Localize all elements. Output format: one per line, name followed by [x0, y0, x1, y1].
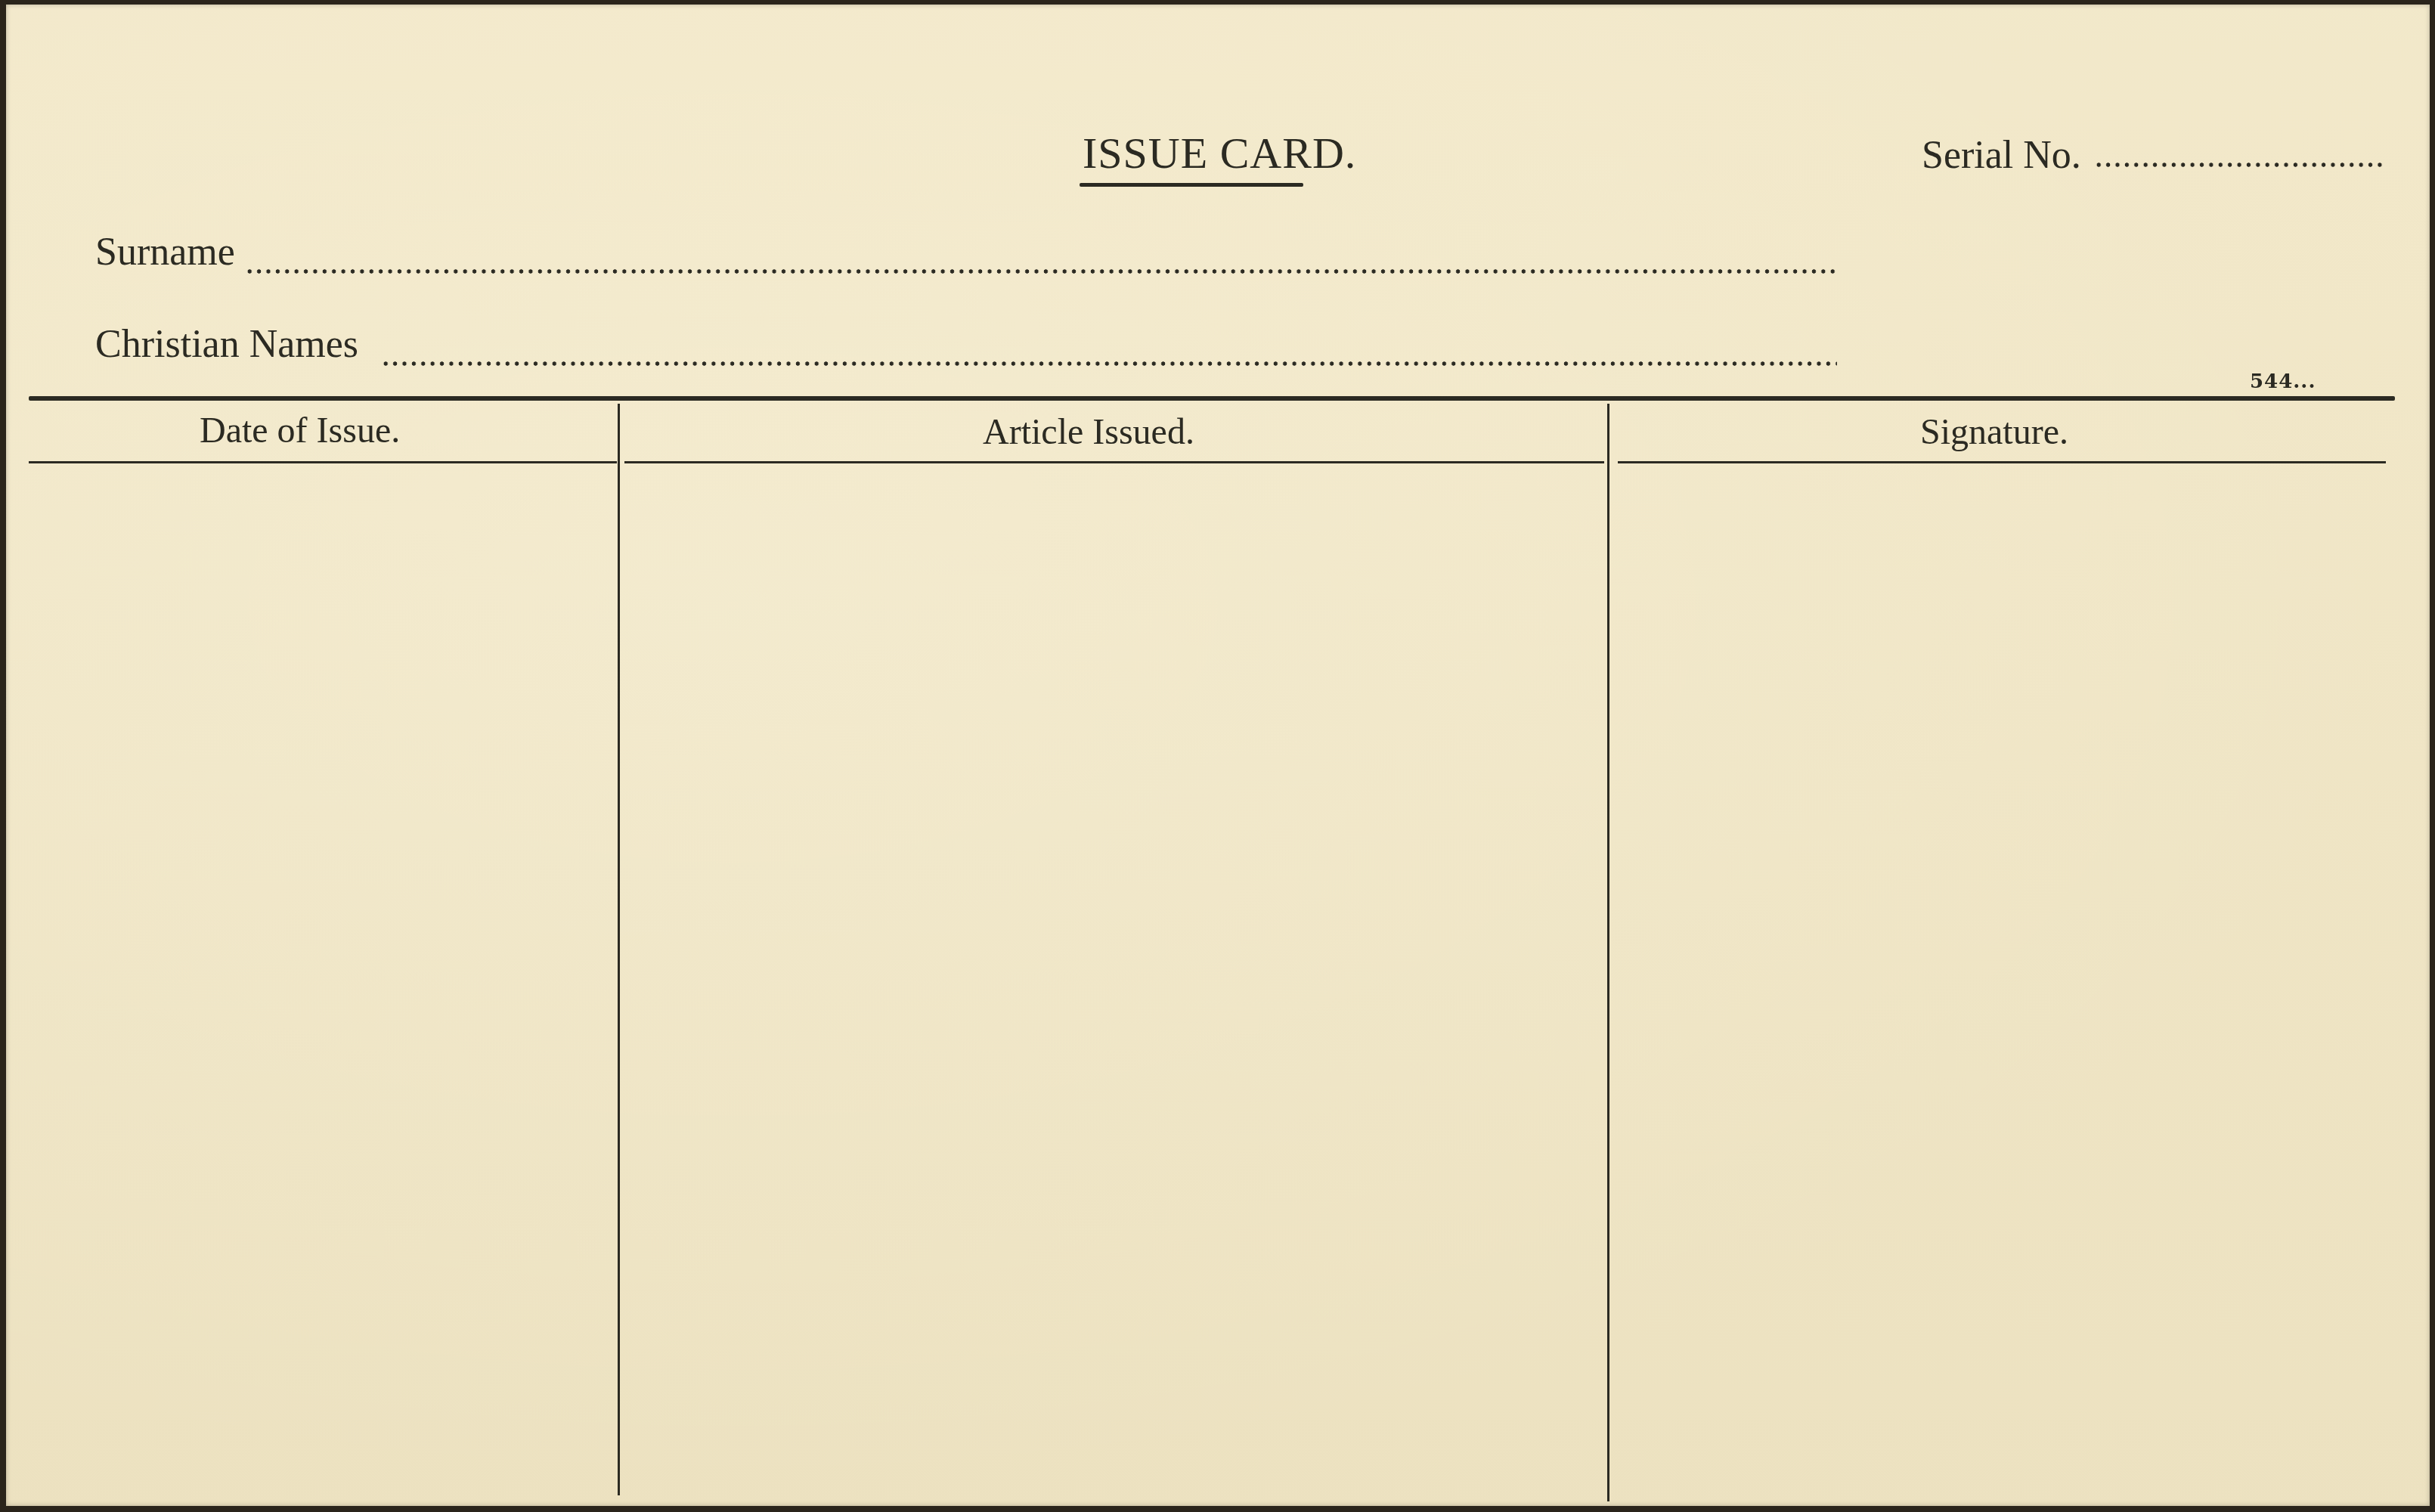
- surname-label: Surname: [95, 233, 235, 272]
- signature-column[interactable]: [1612, 467, 2390, 1495]
- christian-names-field[interactable]: [381, 361, 1837, 366]
- serial-no-label: Serial No.: [1922, 136, 2081, 175]
- column-header-rule-date: [29, 461, 617, 463]
- column-header-rule-article: [624, 461, 1604, 463]
- card-title: ISSUE CARD.: [1083, 132, 1356, 175]
- title-underline: [1080, 183, 1303, 187]
- form-number: 544...: [2250, 370, 2316, 393]
- column-divider-2: [1607, 404, 1609, 1501]
- column-divider-1: [618, 404, 620, 1495]
- issue-card: ISSUE CARD. Serial No. Surname Christian…: [6, 5, 2430, 1506]
- column-header-rule-signature: [1618, 461, 2386, 463]
- article-issued-column[interactable]: [622, 467, 1605, 1495]
- christian-names-label: Christian Names: [95, 325, 358, 364]
- column-header-signature: Signature.: [1920, 414, 2068, 451]
- serial-no-field[interactable]: [2094, 163, 2386, 167]
- column-header-date-of-issue: Date of Issue.: [200, 413, 400, 449]
- header-divider: [29, 396, 2395, 401]
- column-header-article-issued: Article Issued.: [983, 414, 1194, 451]
- date-of-issue-column[interactable]: [29, 467, 615, 1495]
- surname-field[interactable]: [245, 269, 1837, 274]
